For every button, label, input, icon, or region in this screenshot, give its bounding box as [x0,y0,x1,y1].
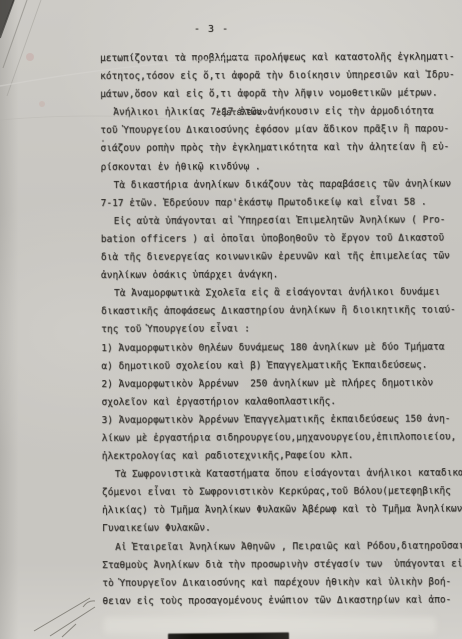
text-line: σιάζουν ροπὴν πρὸς τὴν ἐγκληματικότητα κ… [100,139,462,159]
text-line: Τὰ Σωφρονιστικὰ Καταστήματα ὅπου εἰσάγον… [102,465,462,485]
page-number: - 3 - [194,24,229,35]
text-line: ρίσκονται ἐν ἠθικῷ κινδύνῳ . [100,157,462,177]
text-line: 1) Ἀναμορφωτικὸν Θηλέων δυνάμεως 180 ἀνη… [101,338,462,358]
scanned-page: - 3 - μετωπίζονται τὰ προβλήματα προλήψε… [0,0,462,639]
text-line: μετωπίζονται τὰ προβλήματα προλήψεως καὶ… [100,48,462,68]
text-line: τοῦ Ὑπουργείου Δικαιοσύνης ἐφόσον μίαν ἄ… [100,121,462,141]
stain-spot [26,53,34,61]
text-line: Αἱ Ἑταιρεῖαι Ἀνηλίκων Ἀθηνῶν , Πειραιῶς … [102,537,462,557]
text-line: σχολεῖον καὶ ἐργαστήριον καλαθοπλαστικῆς… [102,392,462,412]
text-line: της τοῦ Ὑπουργείου εἶναι : [101,320,462,340]
text-line: 3) Ἀναμορφωτικὸν Ἀρρένων Ἐπαγγελματικῆς … [102,410,462,430]
ink-bar [168,632,289,639]
pencil-mark [34,598,95,637]
text-line: Τὰ Ἀναμορφωτικὰ Σχολεῖα εἰς ἃ εἰσάγονται… [101,284,462,304]
typed-insertion-note: ἐξετέλεσαν [216,108,267,118]
document-text: μετωπίζονται τὰ προβλήματα προλήψεως καὶ… [100,48,462,611]
text-line: ἠλεκτρολογίας καὶ ραδιοτεχνικῆς,Ραφείου … [102,446,462,466]
text-line: μάτων,ὅσον καὶ εἰς ὅ,τι ἀφορᾶ τὴν λῆψιν … [100,85,462,105]
stain-spot [39,101,45,107]
text-line: δικαστικῆς ἀποφάσεως Δικαστηρίου ἀνηλίκω… [101,302,462,322]
corner-crease [7,0,41,96]
text-line: α) δημοτικοῦ σχολείου καὶ β) Ἐπαγγελματι… [101,356,462,376]
text-line: θειαν εἰς τοὺς προσαγομένους ἐνώπιον τῶν… [102,591,462,611]
text-line: ἀνηλίκων ὁσάκις ὑπάρχει ἀνάγκη. [101,265,462,285]
text-line: bation officers ) αἱ ὁποῖαι ὑποβοηθοῦν τ… [101,229,462,249]
text-line: κότητος,τόσον εἰς ὅ,τι ἀφορᾶ τὴν διοίκησ… [100,66,462,86]
text-line: Σταθμοὺς Ἀνηλίκων διὰ τὴν προσωρινὴν στέ… [102,555,462,575]
text-line: 7-17 ἐτῶν. Ἑδρεύουν παρ'ἑκάστῳ Πρωτοδικε… [101,193,462,213]
text-line: διὰ τῆς διενεργείας κοινωνικῶν ἐρευνῶν κ… [101,247,462,267]
corner-crease [3,0,27,68]
text-line: Ἀνήλικοι ἡλικίας 7-17 ἐτῶν ἀνήκουσιν εἰς… [100,103,462,123]
paper-light-band [104,617,436,634]
text-line: Γυναικείων Φυλακῶν. [102,519,462,539]
corner-fold [0,0,14,36]
text-line: ἡλικίας) τὸ Τμῆμα Ἀνηλίκων Φυλακῶν Ἀβέρω… [102,501,462,521]
text-line: λίκων μὲ ἐργαστήρια σιδηρουργείου,μηχανο… [102,428,462,448]
text-line: 2) Ἀναμορφωτικὸν Ἀρρένων 250 ἀνηλίκων μὲ… [101,374,462,394]
corner-crease [0,0,14,38]
text-line: τὸ Ὑπουργεῖον Δικαιοσύνης καὶ παρέχουν ἠ… [102,573,462,593]
text-line: Εἰς αὐτὰ ὑπάγονται αἱ Ὑπηρεσίαι Ἐπιμελητ… [101,211,462,231]
text-line: ζόμενοι εἶναι τὸ Σωφρονιστικὸν Κερκύρας,… [102,483,462,503]
text-line: Τὰ δικαστήρια ἀνηλίκων δικάζουν τὰς παρα… [101,175,462,195]
